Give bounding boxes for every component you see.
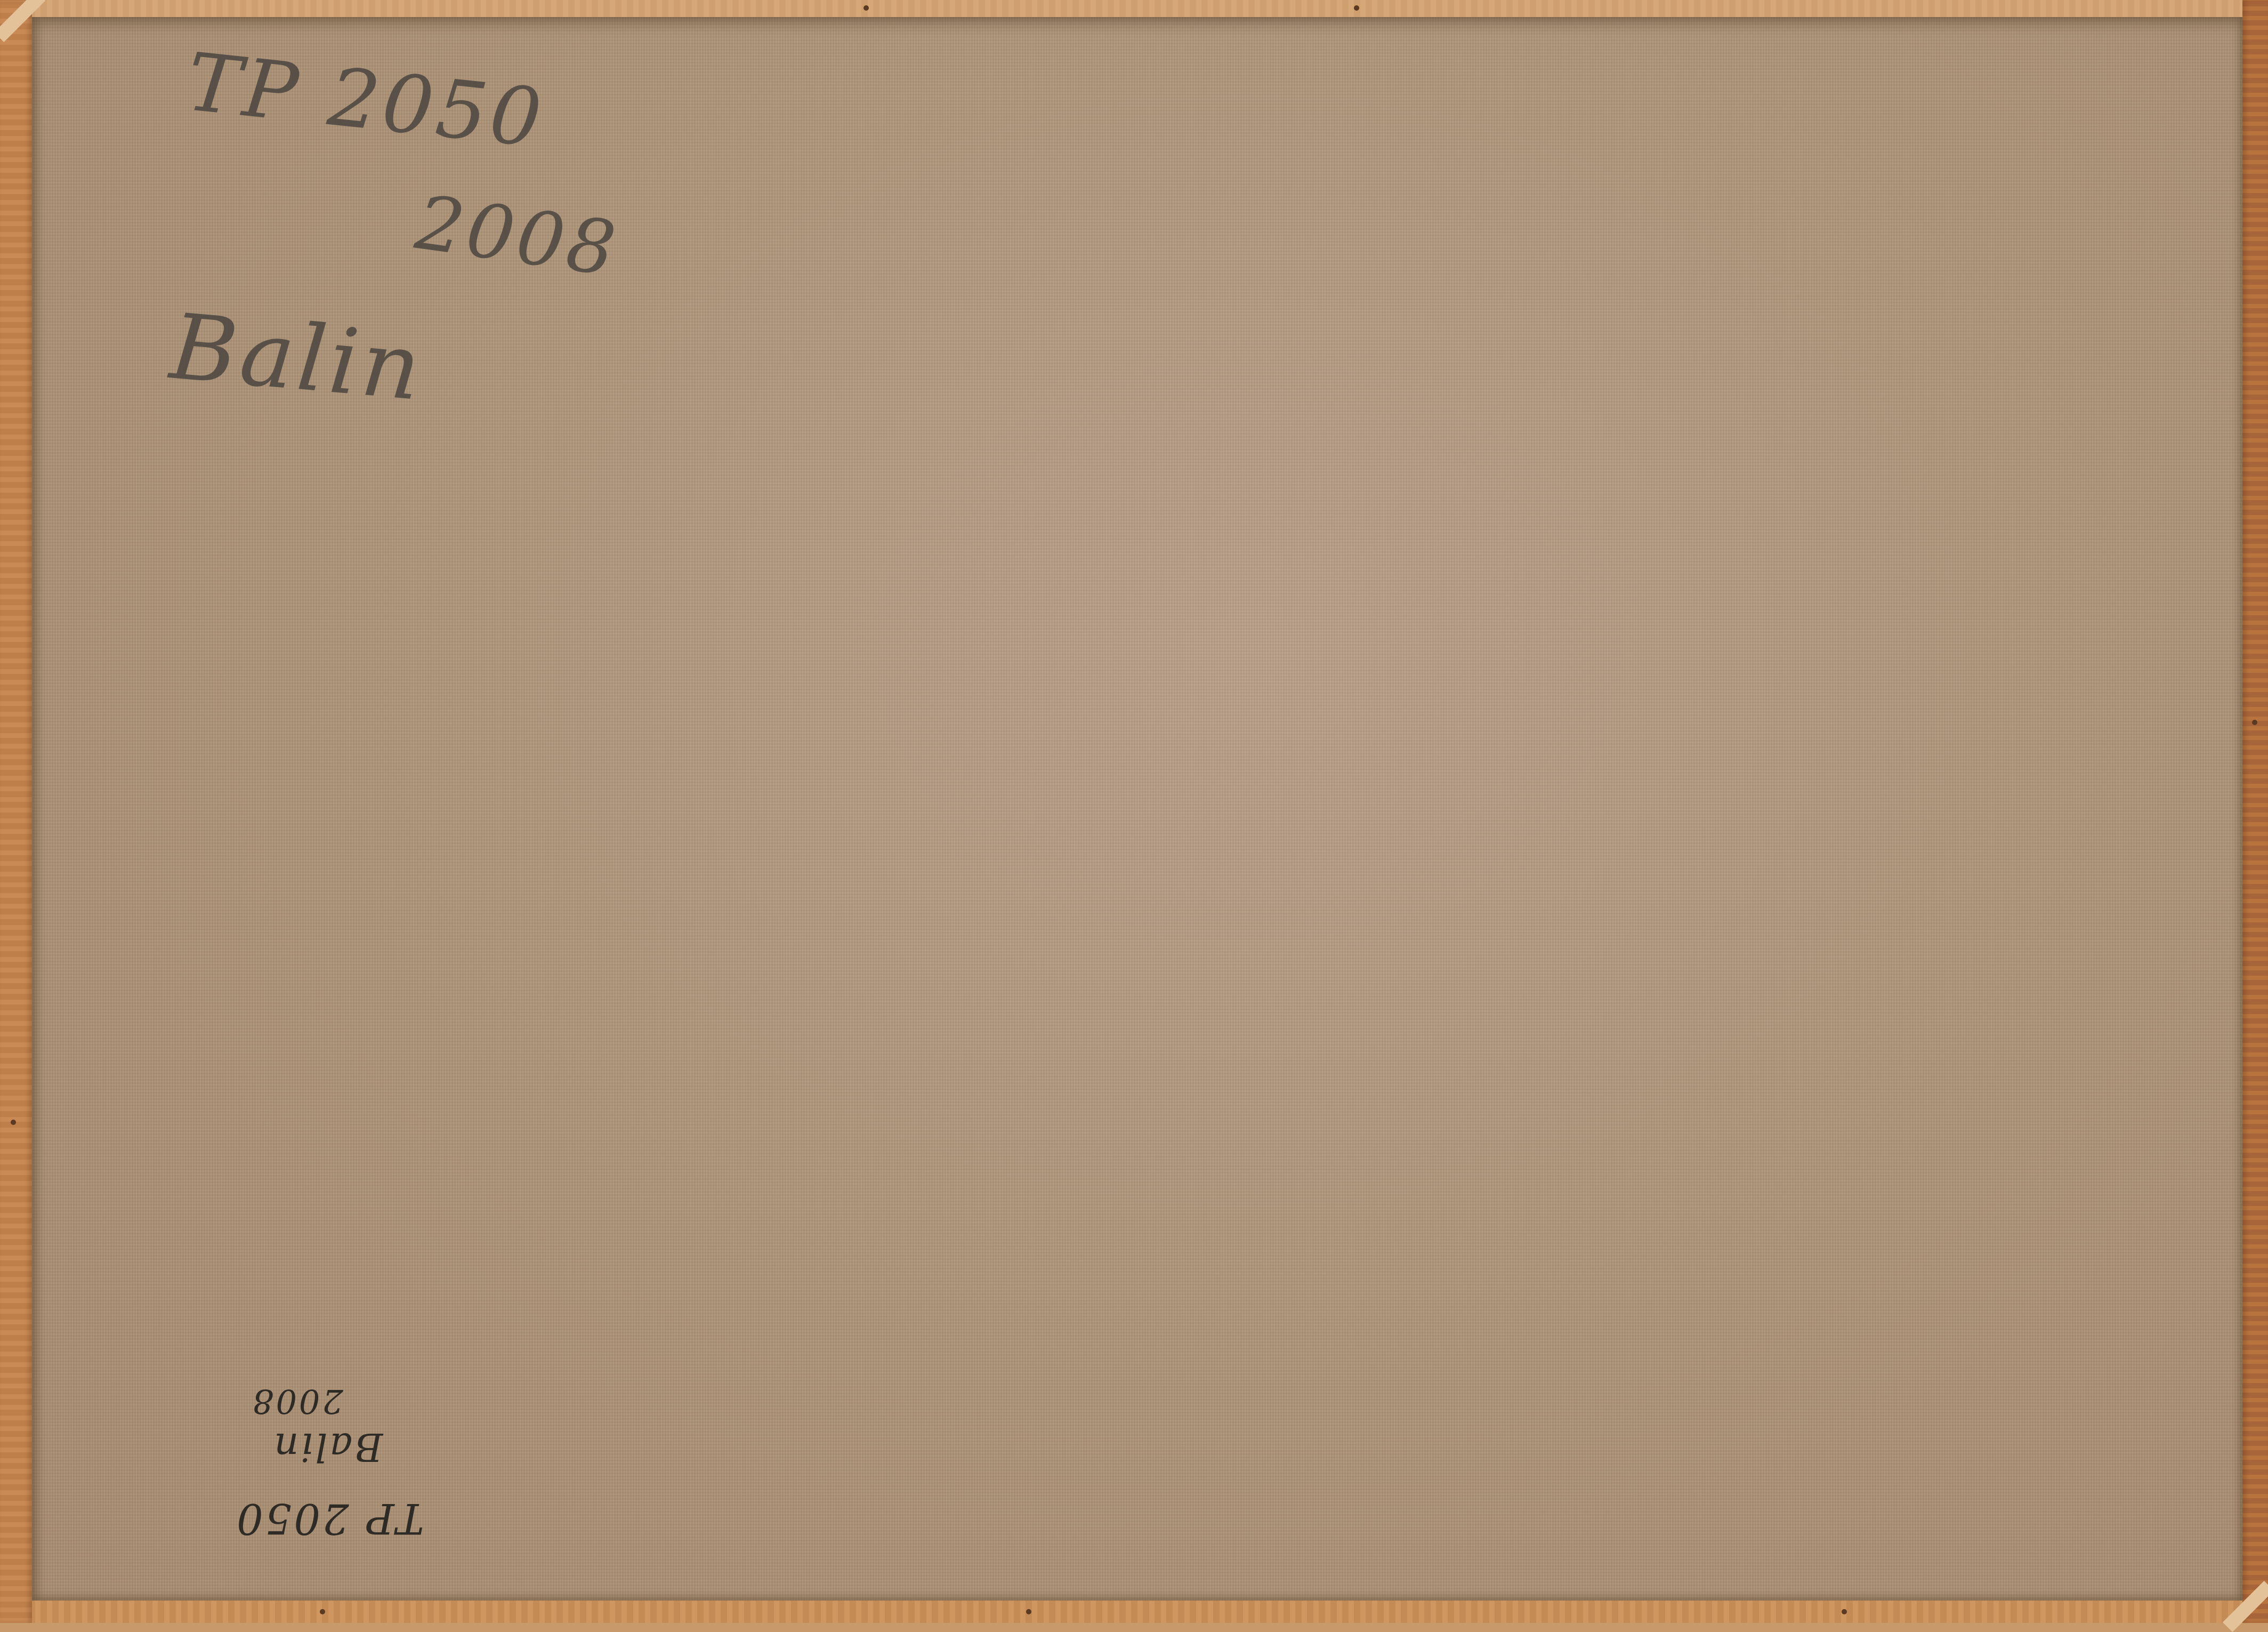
staple — [320, 1609, 325, 1614]
inscription-top-left-line1: TP 2050 — [183, 36, 549, 165]
staple — [2252, 720, 2257, 725]
frame-left-bar — [0, 0, 32, 1623]
staple — [11, 1120, 16, 1125]
inscription-bottom-left-line1: TP 2050 — [235, 1494, 424, 1542]
staple — [1026, 1609, 1031, 1614]
inscription-top-left-line3: Balin — [166, 294, 427, 422]
frame-bottom-bar — [0, 1601, 2268, 1623]
frame-right-bar — [2242, 0, 2268, 1623]
frame-top-bar — [0, 0, 2268, 17]
staple — [1354, 5, 1359, 11]
staple — [1842, 1609, 1847, 1614]
inscription-top-left-line2: 2008 — [411, 179, 624, 293]
staple — [863, 5, 869, 11]
inscription-bottom-left-line3: 2008 — [251, 1382, 343, 1421]
canvas-back: TP 2050 2008 Balin 2008 Balin TP 2050 — [32, 17, 2242, 1601]
stretcher-frame: TP 2050 2008 Balin 2008 Balin TP 2050 — [0, 0, 2268, 1623]
inscription-bottom-left-line2: Balin — [272, 1425, 383, 1469]
